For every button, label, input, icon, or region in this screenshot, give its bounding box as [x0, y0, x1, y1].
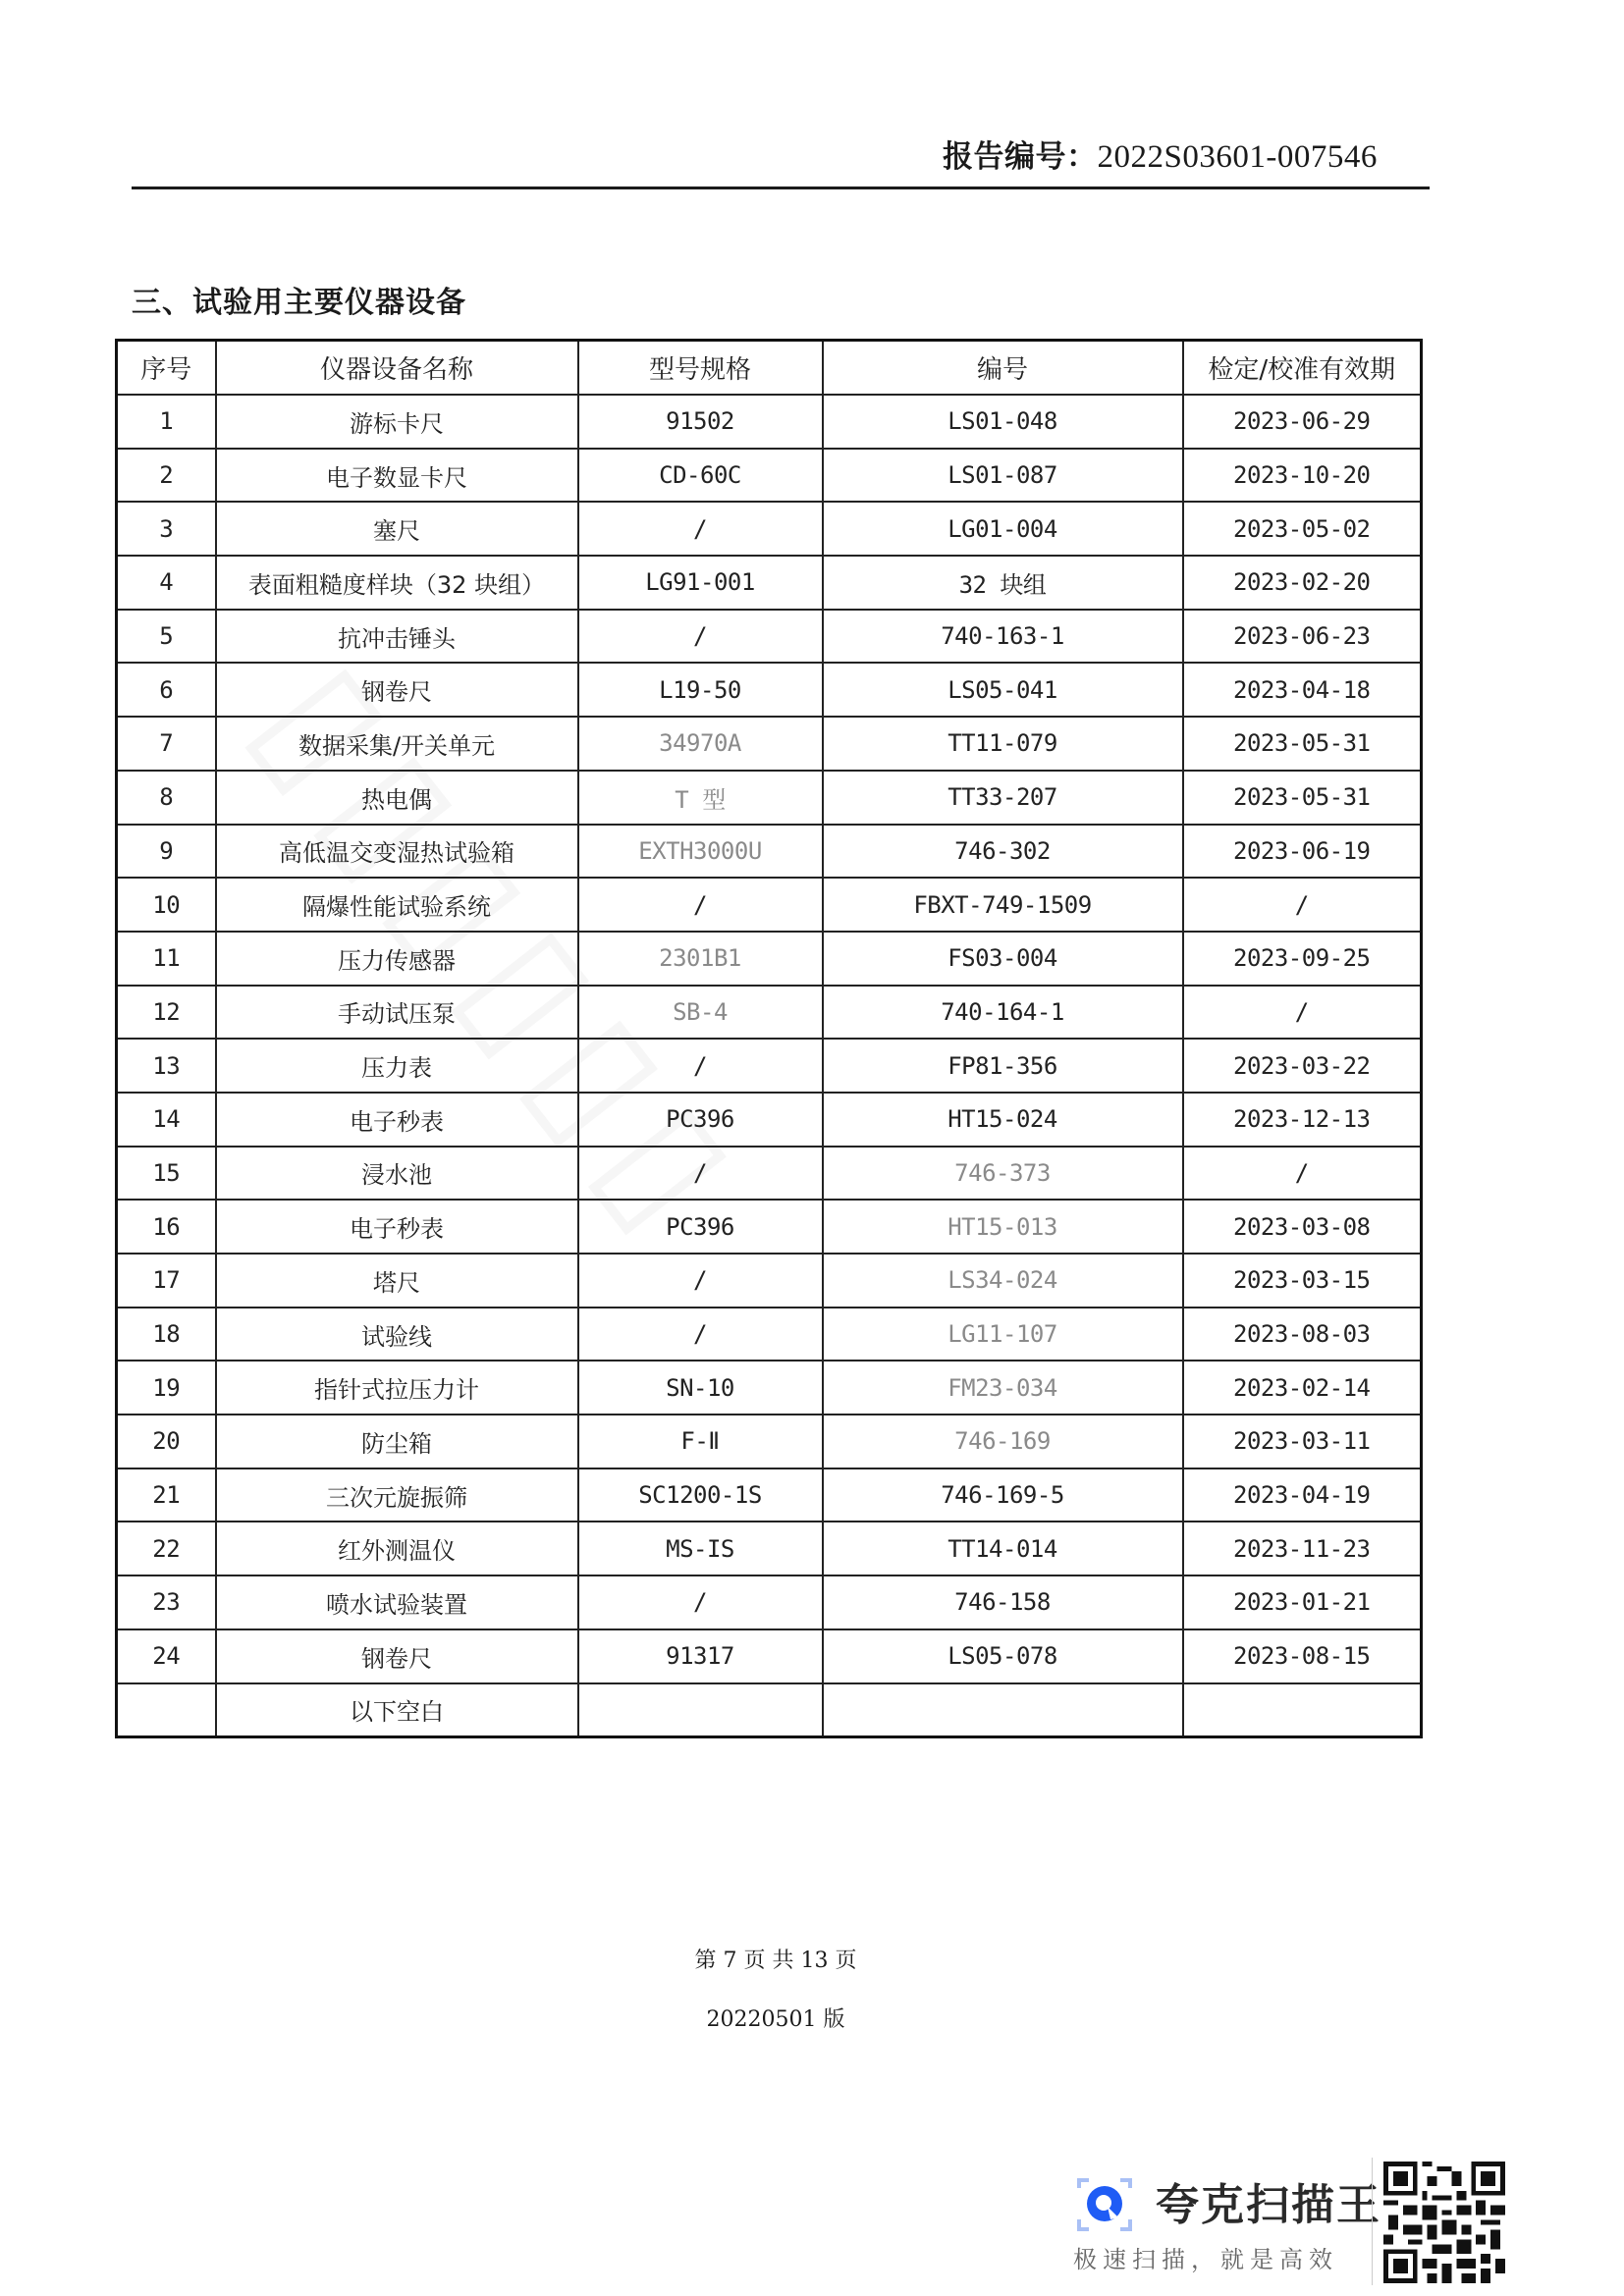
cell-equipment-name: 压力传感器 [216, 932, 578, 986]
cell-equipment-id: 746-169 [823, 1415, 1183, 1468]
cell-validity-date: 2023-02-14 [1183, 1361, 1422, 1415]
table-row: 22红外测温仪MS-ISTT14-0142023-11-23 [117, 1522, 1422, 1575]
cell-serial-no: 24 [117, 1629, 216, 1683]
cell-serial-no: 3 [117, 502, 216, 556]
cell-serial-no [117, 1683, 216, 1737]
cell-model-spec: PC396 [578, 1093, 823, 1147]
column-header-model: 型号规格 [578, 341, 823, 396]
scanner-slogan: 极速扫描，就是高效 [1073, 2240, 1338, 2274]
table-row: 7数据采集/开关单元34970ATT11-0792023-05-31 [117, 717, 1422, 771]
scanner-watermark-badge: 夸克扫描王 极速扫描，就是高效 [1065, 2150, 1517, 2287]
table-row: 5抗冲击锤头/740-163-12023-06-23 [117, 610, 1422, 664]
cell-model-spec [578, 1683, 823, 1737]
cell-equipment-id: 746-302 [823, 825, 1183, 879]
table-row: 24钢卷尺91317LS05-0782023-08-15 [117, 1629, 1422, 1683]
cell-equipment-name: 电子数显卡尺 [216, 449, 578, 503]
cell-equipment-name: 隔爆性能试验系统 [216, 878, 578, 932]
table-row: 9高低温交变湿热试验箱EXTH3000U746-3022023-06-19 [117, 825, 1422, 879]
cell-equipment-id: 740-163-1 [823, 610, 1183, 664]
cell-model-spec: SB-4 [578, 986, 823, 1040]
cell-validity-date: / [1183, 1147, 1422, 1201]
cell-validity-date: 2023-12-13 [1183, 1093, 1422, 1147]
cell-serial-no: 20 [117, 1415, 216, 1468]
cell-equipment-id: LS01-048 [823, 395, 1183, 449]
cell-serial-no: 22 [117, 1522, 216, 1575]
cell-validity-date: 2023-03-08 [1183, 1200, 1422, 1254]
table-row: 4表面粗糙度样块（32 块组）LG91-00132 块组2023-02-20 [117, 556, 1422, 610]
cell-model-spec: T 型 [578, 771, 823, 825]
cell-equipment-name: 高低温交变湿热试验箱 [216, 825, 578, 879]
report-number-value: 2022S03601-007546 [1098, 139, 1378, 175]
cell-equipment-name: 试验线 [216, 1308, 578, 1362]
cell-model-spec: / [578, 502, 823, 556]
column-header-no: 序号 [117, 341, 216, 396]
table-row: 15浸水池/746-373/ [117, 1147, 1422, 1201]
cell-serial-no: 6 [117, 663, 216, 717]
cell-equipment-id: LS05-078 [823, 1629, 1183, 1683]
cell-serial-no: 18 [117, 1308, 216, 1362]
cell-equipment-name: 浸水池 [216, 1147, 578, 1201]
cell-equipment-name: 塞尺 [216, 502, 578, 556]
table-row: 14电子秒表PC396HT15-0242023-12-13 [117, 1093, 1422, 1147]
cell-equipment-name: 指针式拉压力计 [216, 1361, 578, 1415]
cell-serial-no: 5 [117, 610, 216, 664]
cell-validity-date: 2023-08-03 [1183, 1308, 1422, 1362]
cell-equipment-id: 746-169-5 [823, 1468, 1183, 1522]
cell-equipment-name: 抗冲击锤头 [216, 610, 578, 664]
cell-equipment-id: 32 块组 [823, 556, 1183, 610]
cell-equipment-name: 数据采集/开关单元 [216, 717, 578, 771]
cell-model-spec: / [578, 1575, 823, 1629]
cell-serial-no: 17 [117, 1254, 216, 1308]
table-row: 23喷水试验装置/746-1582023-01-21 [117, 1575, 1422, 1629]
cell-equipment-name: 电子秒表 [216, 1093, 578, 1147]
cell-model-spec: SN-10 [578, 1361, 823, 1415]
cell-validity-date: 2023-05-31 [1183, 717, 1422, 771]
table-row: 12手动试压泵SB-4740-164-1/ [117, 986, 1422, 1040]
cell-validity-date: 2023-01-21 [1183, 1575, 1422, 1629]
cell-validity-date: 2023-06-29 [1183, 395, 1422, 449]
cell-equipment-id: HT15-024 [823, 1093, 1183, 1147]
column-header-id: 编号 [823, 341, 1183, 396]
cell-validity-date: 2023-03-15 [1183, 1254, 1422, 1308]
table-row: 19指针式拉压力计SN-10FM23-0342023-02-14 [117, 1361, 1422, 1415]
cell-equipment-name: 喷水试验装置 [216, 1575, 578, 1629]
table-row: 13压力表/FP81-3562023-03-22 [117, 1039, 1422, 1093]
cell-equipment-id: LG11-107 [823, 1308, 1183, 1362]
cell-equipment-id: LS05-041 [823, 663, 1183, 717]
cell-equipment-id: LS01-087 [823, 449, 1183, 503]
cell-validity-date: 2023-09-25 [1183, 932, 1422, 986]
cell-equipment-name: 塔尺 [216, 1254, 578, 1308]
table-row: 1游标卡尺91502LS01-0482023-06-29 [117, 395, 1422, 449]
cell-equipment-name: 手动试压泵 [216, 986, 578, 1040]
cell-model-spec: SC1200-1S [578, 1468, 823, 1522]
cell-serial-no: 15 [117, 1147, 216, 1201]
table-row: 6钢卷尺L19-50LS05-0412023-04-18 [117, 663, 1422, 717]
cell-model-spec: 91502 [578, 395, 823, 449]
cell-validity-date [1183, 1683, 1422, 1737]
cell-model-spec: / [578, 610, 823, 664]
cell-serial-no: 19 [117, 1361, 216, 1415]
cell-model-spec: EXTH3000U [578, 825, 823, 879]
cell-equipment-id: FBXT-749-1509 [823, 878, 1183, 932]
cell-equipment-id: LS34-024 [823, 1254, 1183, 1308]
table-row: 3塞尺/LG01-0042023-05-02 [117, 502, 1422, 556]
cell-equipment-name: 热电偶 [216, 771, 578, 825]
table-row: 21三次元旋振筛SC1200-1S746-169-52023-04-19 [117, 1468, 1422, 1522]
cell-equipment-id: LG01-004 [823, 502, 1183, 556]
cell-equipment-id: FM23-034 [823, 1361, 1183, 1415]
column-header-name: 仪器设备名称 [216, 341, 578, 396]
cell-validity-date: 2023-06-23 [1183, 610, 1422, 664]
cell-validity-date: 2023-05-31 [1183, 771, 1422, 825]
qr-code-icon[interactable] [1381, 2162, 1507, 2283]
table-row: 2电子数显卡尺CD-60CLS01-0872023-10-20 [117, 449, 1422, 503]
cell-serial-no: 14 [117, 1093, 216, 1147]
cell-equipment-id: HT15-013 [823, 1200, 1183, 1254]
cell-serial-no: 13 [117, 1039, 216, 1093]
cell-equipment-name: 压力表 [216, 1039, 578, 1093]
cell-equipment-id [823, 1683, 1183, 1737]
cell-model-spec: / [578, 1254, 823, 1308]
cell-model-spec: / [578, 1147, 823, 1201]
cell-model-spec: 91317 [578, 1629, 823, 1683]
cell-equipment-id: TT33-207 [823, 771, 1183, 825]
cell-equipment-id: FP81-356 [823, 1039, 1183, 1093]
cell-model-spec: CD-60C [578, 449, 823, 503]
cell-model-spec: MS-IS [578, 1522, 823, 1575]
cell-equipment-id: TT14-014 [823, 1522, 1183, 1575]
cell-equipment-name: 表面粗糙度样块（32 块组） [216, 556, 578, 610]
cell-serial-no: 21 [117, 1468, 216, 1522]
cell-equipment-name: 红外测温仪 [216, 1522, 578, 1575]
cell-equipment-id: FS03-004 [823, 932, 1183, 986]
cell-serial-no: 4 [117, 556, 216, 610]
cell-serial-no: 8 [117, 771, 216, 825]
cell-serial-no: 11 [117, 932, 216, 986]
cell-equipment-name: 钢卷尺 [216, 663, 578, 717]
cell-serial-no: 2 [117, 449, 216, 503]
cell-model-spec: PC396 [578, 1200, 823, 1254]
cell-serial-no: 16 [117, 1200, 216, 1254]
cell-validity-date: 2023-11-23 [1183, 1522, 1422, 1575]
cell-validity-date: 2023-08-15 [1183, 1629, 1422, 1683]
table-row: 16电子秒表PC396HT15-0132023-03-08 [117, 1200, 1422, 1254]
cell-validity-date: 2023-03-11 [1183, 1415, 1422, 1468]
quark-logo-icon [1075, 2174, 1134, 2233]
cell-serial-no: 23 [117, 1575, 216, 1629]
cell-equipment-name: 以下空白 [216, 1683, 578, 1737]
table-header-row: 序号 仪器设备名称 型号规格 编号 检定/校准有效期 [117, 341, 1422, 396]
table-row: 17塔尺/LS34-0242023-03-15 [117, 1254, 1422, 1308]
report-number: 报告编号：2022S03601-007546 [943, 132, 1394, 176]
cell-serial-no: 7 [117, 717, 216, 771]
cell-equipment-id: 746-158 [823, 1575, 1183, 1629]
cell-validity-date: 2023-06-19 [1183, 825, 1422, 879]
section-title: 三、试验用主要仪器设备 [132, 278, 466, 321]
report-number-label: 报告编号： [943, 139, 1098, 175]
table-row: 11压力传感器2301B1FS03-0042023-09-25 [117, 932, 1422, 986]
cell-model-spec: LG91-001 [578, 556, 823, 610]
cell-validity-date: 2023-04-18 [1183, 663, 1422, 717]
cell-equipment-name: 电子秒表 [216, 1200, 578, 1254]
cell-model-spec: / [578, 878, 823, 932]
cell-model-spec: F-Ⅱ [578, 1415, 823, 1468]
cell-equipment-name: 游标卡尺 [216, 395, 578, 449]
cell-validity-date: 2023-02-20 [1183, 556, 1422, 610]
cell-serial-no: 10 [117, 878, 216, 932]
cell-validity-date: / [1183, 986, 1422, 1040]
version-label: 20220501 版 [0, 2002, 1551, 2033]
table-row: 18试验线/LG11-1072023-08-03 [117, 1308, 1422, 1362]
cell-serial-no: 9 [117, 825, 216, 879]
cell-equipment-name: 防尘箱 [216, 1415, 578, 1468]
cell-validity-date: / [1183, 878, 1422, 932]
equipment-table: 序号 仪器设备名称 型号规格 编号 检定/校准有效期 1游标卡尺91502LS0… [115, 339, 1423, 1738]
scanner-app-name: 夸克扫描王 [1156, 2169, 1381, 2232]
table-row: 8热电偶T 型TT33-2072023-05-31 [117, 771, 1422, 825]
cell-equipment-id: 740-164-1 [823, 986, 1183, 1040]
page-number: 第 7 页 共 13 页 [0, 1944, 1551, 1974]
cell-model-spec: / [578, 1039, 823, 1093]
cell-serial-no: 12 [117, 986, 216, 1040]
column-header-validity: 检定/校准有效期 [1183, 341, 1422, 396]
table-row: 10隔爆性能试验系统/FBXT-749-1509/ [117, 878, 1422, 932]
cell-model-spec: / [578, 1308, 823, 1362]
table-row: 以下空白 [117, 1683, 1422, 1737]
cell-equipment-name: 钢卷尺 [216, 1629, 578, 1683]
header-divider [132, 187, 1430, 189]
cell-equipment-id: TT11-079 [823, 717, 1183, 771]
cell-validity-date: 2023-03-22 [1183, 1039, 1422, 1093]
badge-divider [1372, 2158, 1373, 2285]
cell-validity-date: 2023-04-19 [1183, 1468, 1422, 1522]
cell-model-spec: 2301B1 [578, 932, 823, 986]
cell-model-spec: 34970A [578, 717, 823, 771]
table-row: 20防尘箱F-Ⅱ746-1692023-03-11 [117, 1415, 1422, 1468]
cell-model-spec: L19-50 [578, 663, 823, 717]
cell-validity-date: 2023-10-20 [1183, 449, 1422, 503]
cell-equipment-name: 三次元旋振筛 [216, 1468, 578, 1522]
cell-serial-no: 1 [117, 395, 216, 449]
cell-equipment-id: 746-373 [823, 1147, 1183, 1201]
cell-validity-date: 2023-05-02 [1183, 502, 1422, 556]
